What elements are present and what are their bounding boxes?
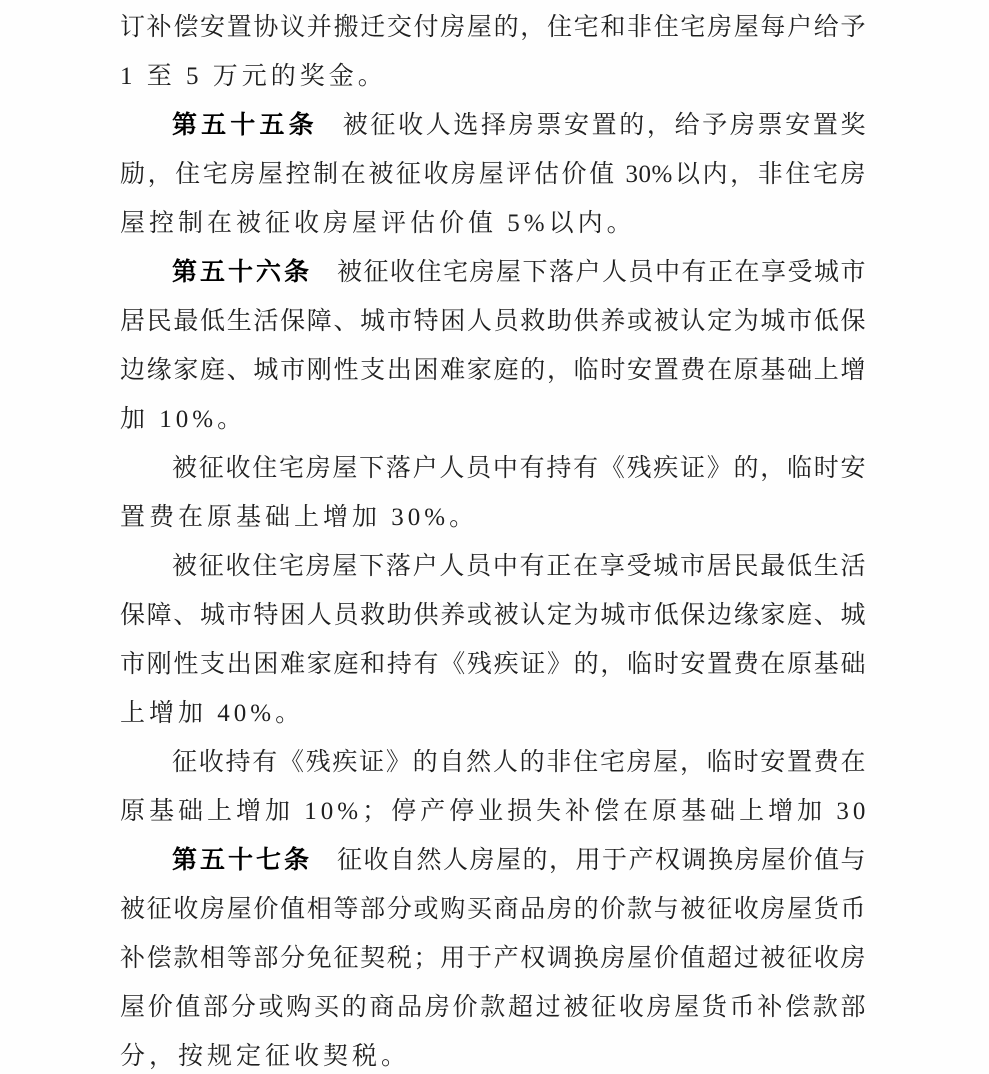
document-text-block: 订补偿安置协议并搬迁交付房屋的，住宅和非住宅房屋每户给予1 至 5 万元的奖金。… xyxy=(120,3,866,1074)
text-line: 加 10%。 xyxy=(120,395,866,444)
text-line: 第五十六条被征收住宅房屋下落户人员中有正在享受城市 xyxy=(120,248,866,297)
text-line: 保障、城市特困人员救助供养或被认定为城市低保边缘家庭、城 xyxy=(120,591,866,640)
text-line: 1 至 5 万元的奖金。 xyxy=(120,52,866,101)
text-line: 励，住宅房屋控制在被征收房屋评估价值 30%以内，非住宅房 xyxy=(120,150,866,199)
text-line: 置费在原基础上增加 30%。 xyxy=(120,493,866,542)
text-line: 分，按规定征收契税。 xyxy=(120,1032,866,1074)
document-page: 订补偿安置协议并搬迁交付房屋的，住宅和非住宅房屋每户给予1 至 5 万元的奖金。… xyxy=(0,0,989,1074)
article-56-clause-4: 征收持有《残疾证》的自然人的非住宅房屋，临时安置费在原基础上增加 10%；停产停… xyxy=(120,738,866,836)
text-line: 原基础上增加 10%；停产停业损失补偿在原基础上增加 30%。 xyxy=(120,787,866,836)
text-line: 居民最低生活保障、城市特困人员救助供养或被认定为城市低保 xyxy=(120,297,866,346)
article-number: 第五十六条 xyxy=(172,258,312,286)
text-line: 补偿款相等部分免征契税；用于产权调换房屋价值超过被征收房 xyxy=(120,934,866,983)
article-number: 第五十五条 xyxy=(172,111,318,139)
text-line: 第五十五条被征收人选择房票安置的，给予房票安置奖 xyxy=(120,101,866,150)
para-continuation-prev-page: 订补偿安置协议并搬迁交付房屋的，住宅和非住宅房屋每户给予1 至 5 万元的奖金。 xyxy=(120,3,866,101)
article-number: 第五十七条 xyxy=(172,846,312,874)
text-line: 被征收房屋价值相等部分或购买商品房的价款与被征收房屋货币 xyxy=(120,885,866,934)
text-line: 被征收住宅房屋下落户人员中有持有《残疾证》的，临时安 xyxy=(120,444,866,493)
text-line: 屋控制在被征收房屋评估价值 5%以内。 xyxy=(120,199,866,248)
text-line: 订补偿安置协议并搬迁交付房屋的，住宅和非住宅房屋每户给予 xyxy=(120,3,866,52)
text-line: 上增加 40%。 xyxy=(120,689,866,738)
article-57: 第五十七条征收自然人房屋的，用于产权调换房屋价值与被征收房屋价值相等部分或购买商… xyxy=(120,836,866,1074)
text-line: 边缘家庭、城市刚性支出困难家庭的，临时安置费在原基础上增 xyxy=(120,346,866,395)
article-56-clause-3: 被征收住宅房屋下落户人员中有正在享受城市居民最低生活保障、城市特困人员救助供养或… xyxy=(120,542,866,738)
article-56-clause-2: 被征收住宅房屋下落户人员中有持有《残疾证》的，临时安置费在原基础上增加 30%。 xyxy=(120,444,866,542)
text-line: 屋价值部分或购买的商品房价款超过被征收房屋货币补偿款部 xyxy=(120,983,866,1032)
article-55: 第五十五条被征收人选择房票安置的，给予房票安置奖励，住宅房屋控制在被征收房屋评估… xyxy=(120,101,866,248)
text-line: 第五十七条征收自然人房屋的，用于产权调换房屋价值与 xyxy=(120,836,866,885)
text-line: 被征收住宅房屋下落户人员中有正在享受城市居民最低生活 xyxy=(120,542,866,591)
text-line: 市刚性支出困难家庭和持有《残疾证》的，临时安置费在原基础 xyxy=(120,640,866,689)
text-line: 征收持有《残疾证》的自然人的非住宅房屋，临时安置费在 xyxy=(120,738,866,787)
article-56: 第五十六条被征收住宅房屋下落户人员中有正在享受城市居民最低生活保障、城市特困人员… xyxy=(120,248,866,444)
